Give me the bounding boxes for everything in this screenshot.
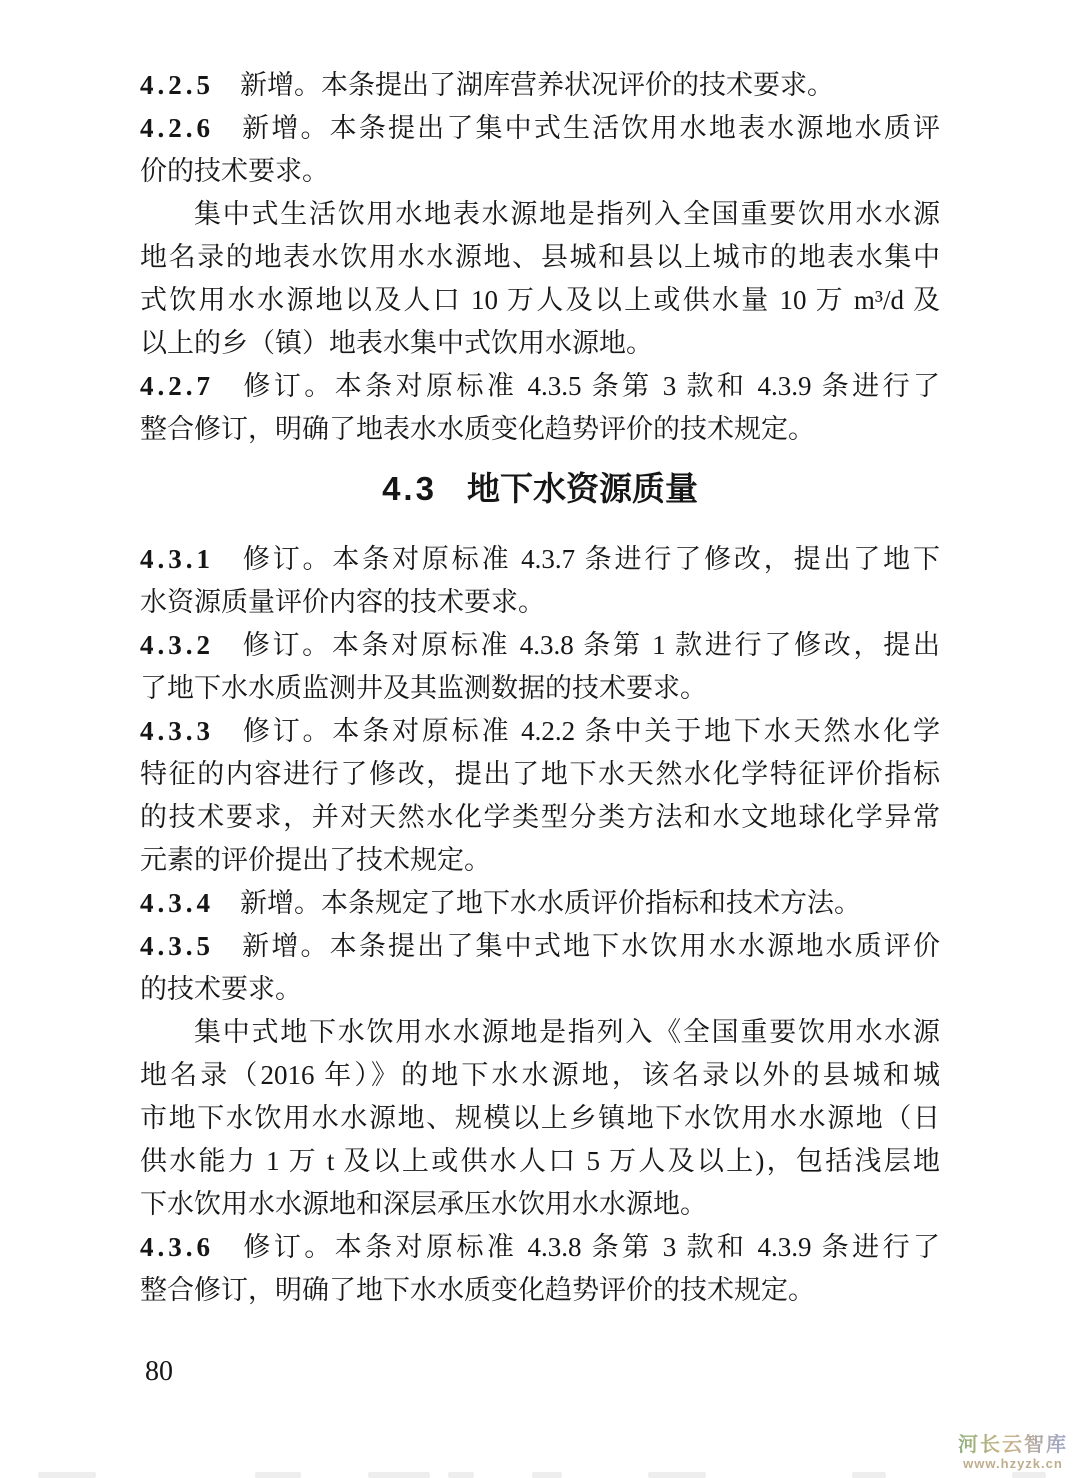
line-text: 修订。本条对原标准 4.2.2 条中关于地下水天然水化学 <box>240 716 940 746</box>
text-line: 价的技术要求。 <box>140 150 940 193</box>
text-line: 特征的内容进行了修改，提出了地下水天然水化学特征评价指标 <box>140 753 940 796</box>
line-text: 新增。本条提出了湖库营养状况评价的技术要求。 <box>240 70 834 100</box>
line-text: 整合修订，明确了地表水水质变化趋势评价的技术规定。 <box>140 414 815 444</box>
line-text: 集中式生活饮用水地表水源地是指列入全国重要饮用水水源 <box>194 199 940 229</box>
clause-number: 4.3.4 <box>140 888 214 918</box>
clause-number: 4.3.6 <box>140 1232 214 1262</box>
line-text: 新增。本条提出了集中式生活饮用水地表水源地水质评 <box>240 113 940 143</box>
bleed-mark <box>852 1472 886 1478</box>
clause-number: 4.3.1 <box>140 544 214 574</box>
watermark-url-text: www.hzyzk.cn <box>958 1457 1068 1472</box>
line-text: 集中式地下水饮用水水源地是指列入《全国重要饮用水水源 <box>194 1017 940 1047</box>
clause-number: 4.3.2 <box>140 630 214 660</box>
line-text: 新增。本条提出了集中式地下水饮用水水源地水质评价 <box>240 931 940 961</box>
bleed-mark <box>38 1472 96 1478</box>
text-line: 集中式地下水饮用水水源地是指列入《全国重要饮用水水源 <box>140 1011 940 1054</box>
line-text: 地名录（2016 年）》的地下水水源地，该名录以外的县城和城 <box>140 1060 940 1090</box>
heading-title: 地下水资源质量 <box>467 470 698 507</box>
watermark: 河长云智库 www.hzyzk.cn <box>958 1434 1068 1472</box>
line-text: 的技术要求，并对天然水化学类型分类方法和水文地球化学异常 <box>140 802 940 832</box>
bleed-mark <box>368 1472 430 1478</box>
text-line: 4.3.6修订。本条对原标准 4.3.8 条第 3 款和 4.3.9 条进行了 <box>140 1226 940 1269</box>
line-text: 水资源质量评价内容的技术要求。 <box>140 587 545 617</box>
document-lines: 4.2.5新增。本条提出了湖库营养状况评价的技术要求。4.2.6新增。本条提出了… <box>140 64 940 1312</box>
line-text: 元素的评价提出了技术规定。 <box>140 845 491 875</box>
line-text: 修订。本条对原标准 4.3.5 条第 3 款和 4.3.9 条进行了 <box>240 371 940 401</box>
line-text: 价的技术要求。 <box>140 156 329 186</box>
text-line: 市地下水饮用水水源地、规模以上乡镇地下水饮用水水源地（日 <box>140 1097 940 1140</box>
text-line: 集中式生活饮用水地表水源地是指列入全国重要饮用水水源 <box>140 193 940 236</box>
text-line: 以上的乡（镇）地表水集中式饮用水源地。 <box>140 322 940 365</box>
line-text: 修订。本条对原标准 4.3.7 条进行了修改，提出了地下 <box>240 544 940 574</box>
line-text: 供水能力 1 万 t 及以上或供水人口 5 万人及以上)，包括浅层地 <box>140 1146 940 1176</box>
page-number: 80 <box>145 1352 173 1392</box>
line-text: 修订。本条对原标准 4.3.8 条第 1 款进行了修改，提出 <box>240 630 940 660</box>
bleed-mark <box>255 1472 301 1478</box>
text-line: 的技术要求，并对天然水化学类型分类方法和水文地球化学异常 <box>140 796 940 839</box>
text-line: 4.2.7修订。本条对原标准 4.3.5 条第 3 款和 4.3.9 条进行了 <box>140 365 940 408</box>
line-text: 地名录的地表水饮用水水源地、县城和县以上城市的地表水集中 <box>140 242 940 272</box>
text-line: 4.3.5新增。本条提出了集中式地下水饮用水水源地水质评价 <box>140 925 940 968</box>
line-text: 了地下水水质监测井及其监测数据的技术要求。 <box>140 673 707 703</box>
line-text: 特征的内容进行了修改，提出了地下水天然水化学特征评价指标 <box>140 759 940 789</box>
line-text: 新增。本条规定了地下水水质评价指标和技术方法。 <box>240 888 861 918</box>
text-line: 4.3.2修订。本条对原标准 4.3.8 条第 1 款进行了修改，提出 <box>140 624 940 667</box>
text-line: 元素的评价提出了技术规定。 <box>140 839 940 882</box>
text-line: 4.2.5新增。本条提出了湖库营养状况评价的技术要求。 <box>140 64 940 107</box>
text-line: 4.3.4新增。本条规定了地下水水质评价指标和技术方法。 <box>140 882 940 925</box>
text-line: 整合修订，明确了地下水水质变化趋势评价的技术规定。 <box>140 1269 940 1312</box>
clause-number: 4.3.5 <box>140 931 214 961</box>
line-text: 的技术要求。 <box>140 974 302 1004</box>
text-line: 了地下水水质监测井及其监测数据的技术要求。 <box>140 667 940 710</box>
bleed-mark <box>648 1472 706 1478</box>
watermark-brand-text: 河长云智库 <box>958 1434 1068 1457</box>
line-text: 市地下水饮用水水源地、规模以上乡镇地下水饮用水水源地（日 <box>140 1103 940 1133</box>
bleed-mark <box>532 1472 562 1478</box>
bleed-mark <box>448 1472 474 1478</box>
line-text: 修订。本条对原标准 4.3.8 条第 3 款和 4.3.9 条进行了 <box>240 1232 940 1262</box>
text-line: 地名录的地表水饮用水水源地、县城和县以上城市的地表水集中 <box>140 236 940 279</box>
line-text: 下水饮用水水源地和深层承压水饮用水水源地。 <box>140 1189 707 1219</box>
clause-number: 4.2.7 <box>140 371 214 401</box>
text-line: 水资源质量评价内容的技术要求。 <box>140 581 940 624</box>
clause-number: 4.2.5 <box>140 70 214 100</box>
line-text: 整合修订，明确了地下水水质变化趋势评价的技术规定。 <box>140 1275 815 1305</box>
section-heading: 4.3地下水资源质量 <box>140 466 940 512</box>
document-page: 4.2.5新增。本条提出了湖库营养状况评价的技术要求。4.2.6新增。本条提出了… <box>0 0 1080 1478</box>
text-line: 供水能力 1 万 t 及以上或供水人口 5 万人及以上)，包括浅层地 <box>140 1140 940 1183</box>
line-text: 式饮用水水源地以及人口 10 万人及以上或供水量 10 万 m³/d 及 <box>140 285 940 315</box>
bleed-mark <box>1012 1472 1046 1478</box>
text-line: 的技术要求。 <box>140 968 940 1011</box>
text-line: 式饮用水水源地以及人口 10 万人及以上或供水量 10 万 m³/d 及 <box>140 279 940 322</box>
text-line: 4.3.1修订。本条对原标准 4.3.7 条进行了修改，提出了地下 <box>140 538 940 581</box>
clause-number: 4.3.3 <box>140 716 214 746</box>
heading-number: 4.3 <box>382 470 437 507</box>
text-line: 下水饮用水水源地和深层承压水饮用水水源地。 <box>140 1183 940 1226</box>
clause-number: 4.2.6 <box>140 113 214 143</box>
text-line: 整合修订，明确了地表水水质变化趋势评价的技术规定。 <box>140 408 940 451</box>
text-line: 4.3.3修订。本条对原标准 4.2.2 条中关于地下水天然水化学 <box>140 710 940 753</box>
text-line: 4.2.6新增。本条提出了集中式生活饮用水地表水源地水质评 <box>140 107 940 150</box>
text-line: 地名录（2016 年）》的地下水水源地，该名录以外的县城和城 <box>140 1054 940 1097</box>
line-text: 以上的乡（镇）地表水集中式饮用水源地。 <box>140 328 653 358</box>
